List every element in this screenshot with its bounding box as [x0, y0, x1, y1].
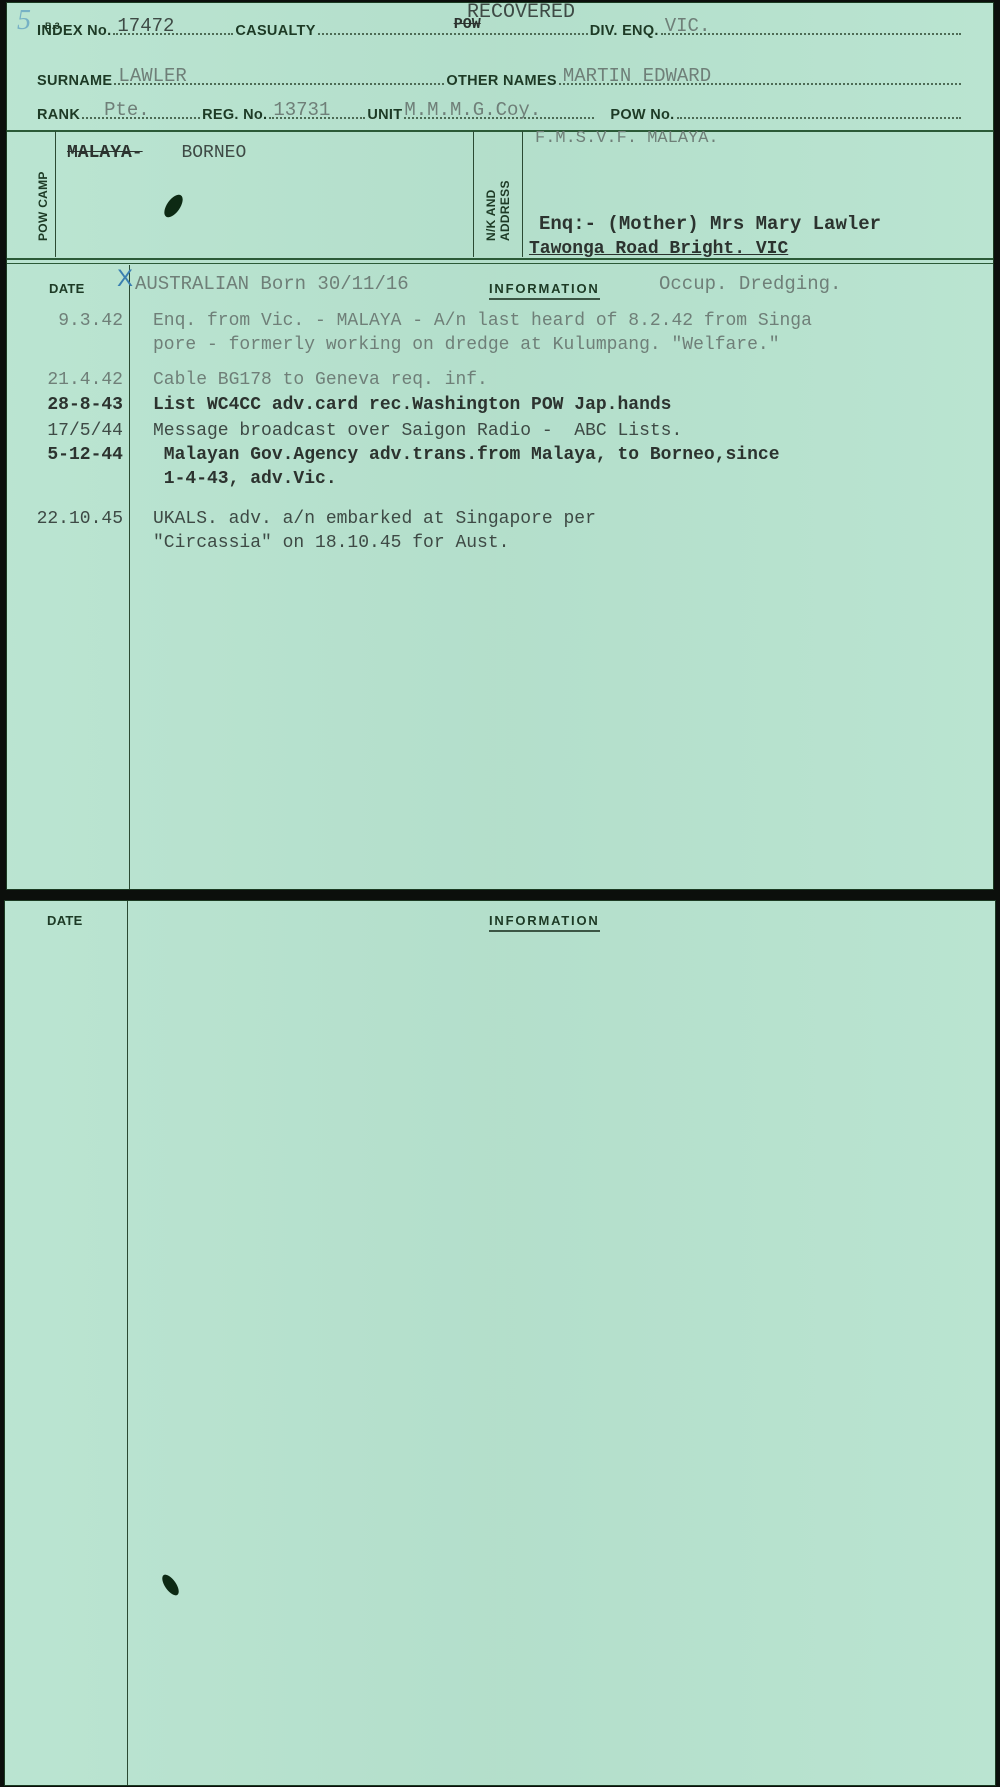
divider-header	[7, 130, 993, 132]
div-enq-field: VIC.	[661, 33, 961, 35]
divider-camp-label	[55, 131, 56, 257]
nk-label-line1: N/K AND	[485, 189, 498, 241]
index-field: 17472	[113, 33, 233, 35]
rank-field: Pte.	[82, 117, 200, 119]
rank-value: Pte.	[104, 99, 150, 121]
entry-text: "Circassia" on 18.10.45 for Aust.	[153, 533, 509, 553]
cross-mark: X	[117, 265, 133, 293]
divider-date-column	[129, 265, 130, 889]
information-column-label: INFORMATION	[489, 281, 600, 300]
nk-address: Tawonga Road Bright. VIC	[529, 239, 788, 259]
pow-camp-value: MALAYA- BORNEO	[67, 143, 246, 163]
rank-label: RANK	[37, 107, 80, 123]
pencil-annotation: 5	[17, 5, 31, 37]
back-information-label: INFORMATION	[489, 913, 600, 932]
unit-value: M.M.M.G.Coy.	[404, 99, 541, 121]
pow-no-field	[677, 117, 962, 119]
card-front: 5 B.3. RECOVERED INDEX No. 17472 CASUALT…	[6, 2, 994, 890]
unit-field: M.M.M.G.Coy.	[404, 117, 594, 119]
entry-text: Cable BG178 to Geneva req. inf.	[153, 370, 488, 390]
entry-text: List WC4CC adv.card rec.Washington POW J…	[153, 395, 671, 415]
index-value: 17472	[117, 15, 174, 37]
divider-nk-left	[473, 131, 474, 257]
casualty-value: POW	[454, 16, 481, 33]
card-back: DATE INFORMATION	[4, 900, 996, 1786]
ink-blot	[161, 192, 187, 221]
divider-info-top	[7, 258, 993, 260]
div-enq-label: DIV. ENQ.	[590, 23, 659, 39]
entry-date: 21.4.42	[47, 370, 123, 390]
entry-date: 28-8-43	[47, 395, 123, 415]
back-date-label: DATE	[47, 913, 83, 928]
nk-label-line2: ADDRESS	[499, 180, 512, 241]
back-divider-date-column	[127, 901, 128, 1785]
other-names-field: MARTIN EDWARD	[559, 83, 961, 85]
back-ink-blot	[159, 1572, 182, 1598]
entry-text: pore - formerly working on dredge at Kul…	[153, 335, 780, 355]
reg-no-label: REG. No.	[202, 107, 267, 123]
entry-date: 9.3.42	[58, 311, 123, 331]
nk-enquirer: Enq:- (Mother) Mrs Mary Lawler	[539, 213, 881, 235]
entry-text: Message broadcast over Saigon Radio - AB…	[153, 421, 682, 441]
casualty-label: CASUALTY	[235, 23, 315, 39]
nationality-birth: AUSTRALIAN Born 30/11/16	[135, 273, 409, 295]
header-row-surname: SURNAME LAWLER OTHER NAMES MARTIN EDWARD	[37, 55, 963, 89]
occupation: Occup. Dredging.	[659, 273, 841, 295]
header-row-rank: RANK Pte. REG. No. 13731 UNIT M.M.M.G.Co…	[37, 89, 963, 123]
surname-value: LAWLER	[118, 65, 186, 87]
nk-unit-line: F.M.S.V.F. MALAYA.	[535, 129, 719, 148]
pow-camp-current: BORNEO	[181, 143, 246, 163]
casualty-field: POW	[318, 33, 588, 35]
div-enq-value: VIC.	[665, 15, 711, 37]
divider-info-top-2	[7, 263, 993, 264]
unit-label: UNIT	[367, 107, 402, 123]
entry-text: Enq. from Vic. - MALAYA - A/n last heard…	[153, 311, 812, 331]
pow-camp-struck: MALAYA-	[67, 143, 143, 163]
entry-date: 17/5/44	[47, 421, 123, 441]
other-names-label: OTHER NAMES	[446, 73, 556, 89]
other-names-value: MARTIN EDWARD	[563, 65, 711, 87]
entry-date: 22.10.45	[37, 509, 123, 529]
entry-date: 5-12-44	[47, 445, 123, 465]
reg-no-value: 13731	[273, 99, 330, 121]
divider-nk-right	[522, 131, 523, 257]
header-row-index: INDEX No. 17472 CASUALTY POW DIV. ENQ. V…	[37, 5, 963, 39]
entry-text: UKALS. adv. a/n embarked at Singapore pe…	[153, 509, 596, 529]
reg-no-field: 13731	[269, 117, 365, 119]
date-column-label: DATE	[49, 281, 85, 296]
pow-camp-label: POW CAMP	[37, 171, 50, 241]
surname-label: SURNAME	[37, 73, 112, 89]
pow-no-label: POW No.	[610, 107, 674, 123]
entry-text: Malayan Gov.Agency adv.trans.from Malaya…	[153, 445, 780, 465]
entry-text: 1-4-43, adv.Vic.	[153, 469, 337, 489]
index-label: INDEX No.	[37, 23, 111, 39]
surname-field: LAWLER	[114, 83, 444, 85]
